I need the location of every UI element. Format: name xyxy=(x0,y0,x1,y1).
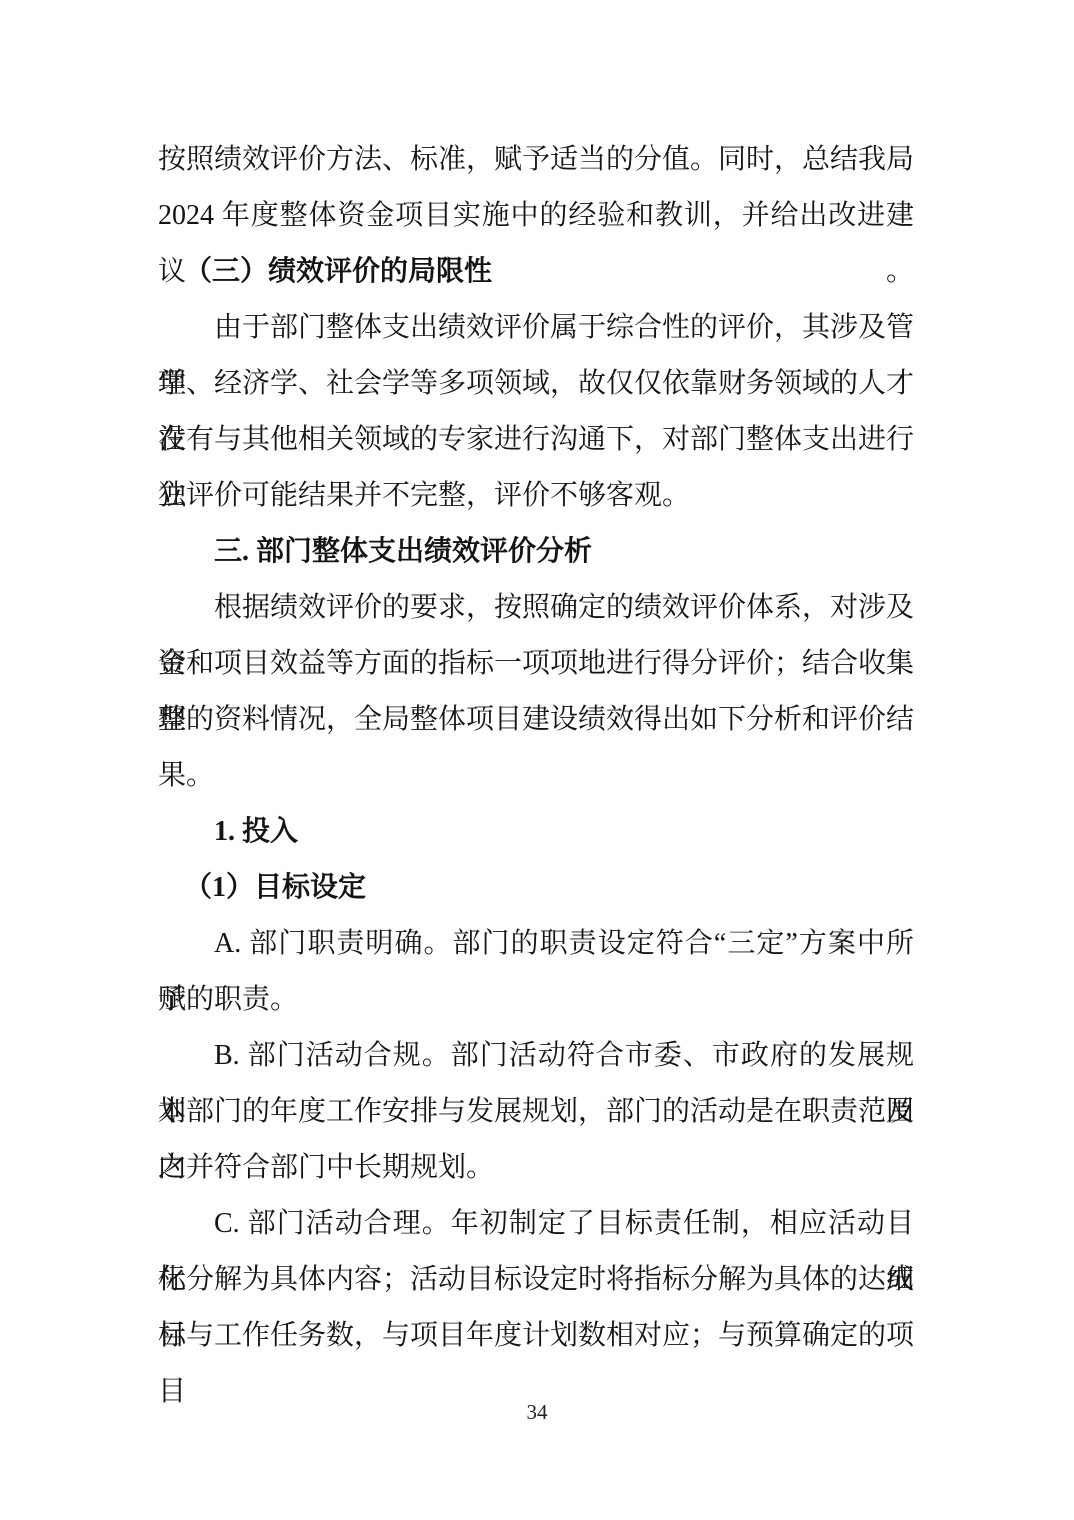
body-line: 本部门的年度工作安排与发展规划，部门的活动是在职责范围之 xyxy=(158,1084,914,1140)
heading-line: 三. 部门整体支出绩效评价分析 xyxy=(158,524,914,580)
body-line: 按照绩效评价方法、标准，赋予适当的分值。同时，总结我局 xyxy=(158,132,914,188)
body-line: 内并符合部门中长期规划。 xyxy=(158,1140,914,1196)
body-line: 理的资料情况，全局整体项目建设绩效得出如下分析和评价结 xyxy=(158,692,914,748)
body-line: 学、经济学、社会学等多项领域，故仅仅依靠财务领域的人才在 xyxy=(158,356,914,412)
body-line: 标与工作任务数，与项目年度计划数相对应；与预算确定的项目 xyxy=(158,1308,914,1364)
body-line: B. 部门活动合规。部门活动符合市委、市政府的发展规划及 xyxy=(158,1028,914,1084)
body-line: 由于部门整体支出绩效评价属于综合性的评价，其涉及管理 xyxy=(158,300,914,356)
document-page: 按照绩效评价方法、标准，赋予适当的分值。同时，总结我局2024 年度整体资金项目… xyxy=(0,0,1074,1520)
heading-line: 1. 投入 xyxy=(158,804,914,860)
body-line: A. 部门职责明确。部门的职责设定符合“三定”方案中所赋 xyxy=(158,916,914,972)
body-line: 果。 xyxy=(158,748,914,804)
heading-line: （1）目标设定 xyxy=(158,860,914,916)
body-line: 没有与其他相关领域的专家进行沟通下，对部门整体支出进行独 xyxy=(158,412,914,468)
document-body: 按照绩效评价方法、标准，赋予适当的分值。同时，总结我局2024 年度整体资金项目… xyxy=(158,132,914,1364)
body-line: 金和项目效益等方面的指标一项项地进行得分评价；结合收集整 xyxy=(158,636,914,692)
page-number: 34 xyxy=(0,1398,1074,1426)
body-line: 化分解为具体内容；活动目标设定时将指标分解为具体的达成目 xyxy=(158,1252,914,1308)
body-line: 立评价可能结果并不完整，评价不够客观。 xyxy=(158,468,914,524)
body-line: 予的职责。 xyxy=(158,972,914,1028)
body-line: 2024 年度整体资金项目实施中的经验和教训，并给出改进建议。 xyxy=(158,188,914,244)
body-line: 根据绩效评价的要求，按照确定的绩效评价体系，对涉及资 xyxy=(158,580,914,636)
body-line: C. 部门活动合理。年初制定了目标责任制，相应活动目标细 xyxy=(158,1196,914,1252)
